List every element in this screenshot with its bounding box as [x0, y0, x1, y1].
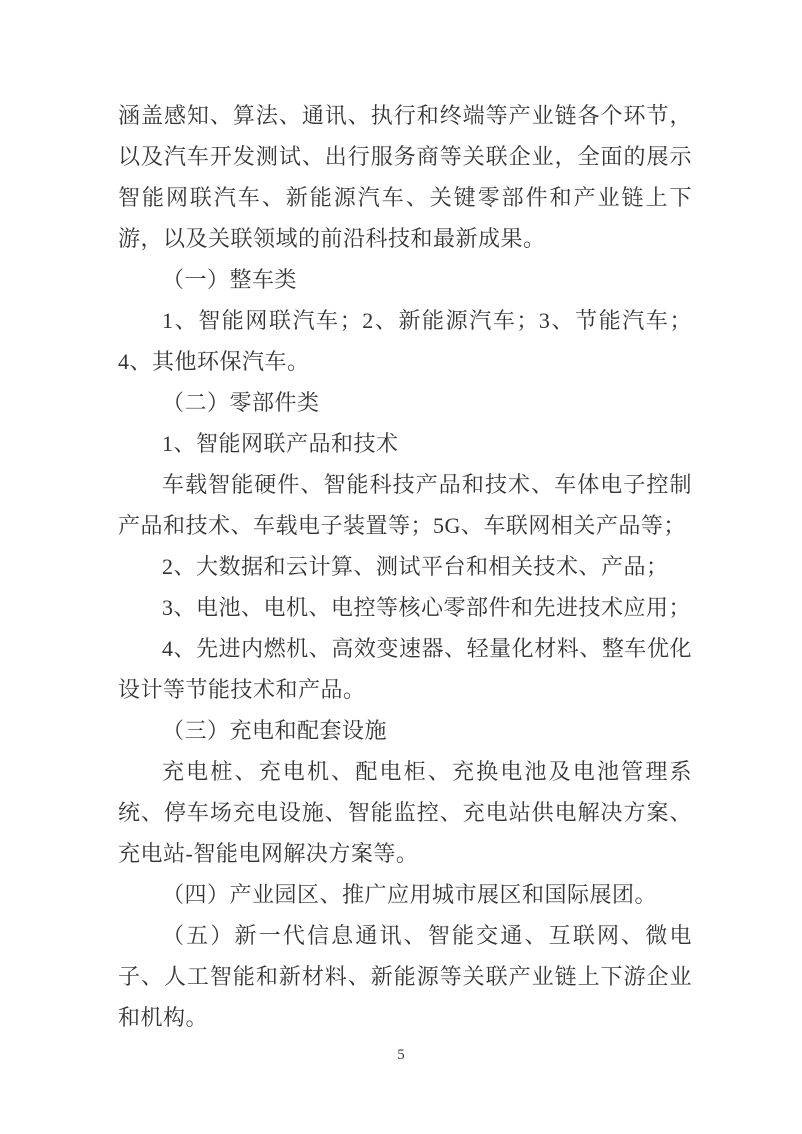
paragraph: （三）充电和配套设施 [118, 710, 692, 751]
paragraph: 2、大数据和云计算、测试平台和相关技术、产品； [118, 546, 692, 587]
paragraph: 4、先进内燃机、高效变速器、轻量化材料、整车优化设计等节能技术和产品。 [118, 628, 692, 710]
paragraph: 1、智能网联汽车；2、新能源汽车；3、节能汽车；4、其他环保汽车。 [118, 300, 692, 382]
document-page: 涵盖感知、算法、通讯、执行和终端等产业链各个环节，以及汽车开发测试、出行服务商等… [0, 0, 802, 1134]
document-body: 涵盖感知、算法、通讯、执行和终端等产业链各个环节，以及汽车开发测试、出行服务商等… [118, 95, 692, 1038]
paragraph: 1、智能网联产品和技术 [118, 423, 692, 464]
paragraph: （一）整车类 [118, 259, 692, 300]
paragraph: （二）零部件类 [118, 382, 692, 423]
paragraph: （五）新一代信息通讯、智能交通、互联网、微电子、人工智能和新材料、新能源等关联产… [118, 915, 692, 1038]
page-number: 5 [0, 1046, 802, 1064]
paragraph: 涵盖感知、算法、通讯、执行和终端等产业链各个环节，以及汽车开发测试、出行服务商等… [118, 95, 692, 259]
paragraph: 充电桩、充电机、配电柜、充换电池及电池管理系统、停车场充电设施、智能监控、充电站… [118, 751, 692, 874]
paragraph: 车载智能硬件、智能科技产品和技术、车体电子控制产品和技术、车载电子装置等；5G、… [118, 464, 692, 546]
paragraph: 3、电池、电机、电控等核心零部件和先进技术应用； [118, 587, 692, 628]
paragraph: （四）产业园区、推广应用城市展区和国际展团。 [118, 874, 692, 915]
